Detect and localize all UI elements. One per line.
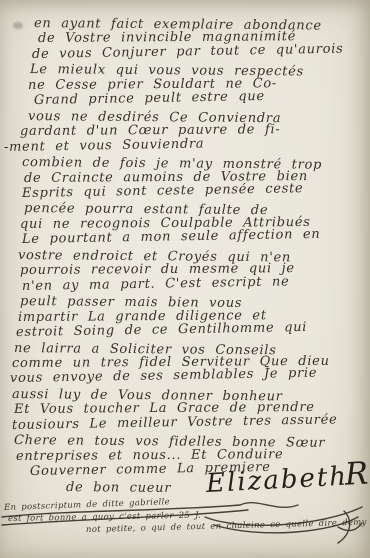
signature-name: Elizabeth [205,462,348,499]
signature-regnal-initial: R [344,455,370,492]
ink-smudge [13,22,23,29]
handwriting-block: en ayant faict exemplaire abondance de V… [26,16,362,495]
letter-page: en ayant faict exemplaire abondance de V… [0,0,370,558]
